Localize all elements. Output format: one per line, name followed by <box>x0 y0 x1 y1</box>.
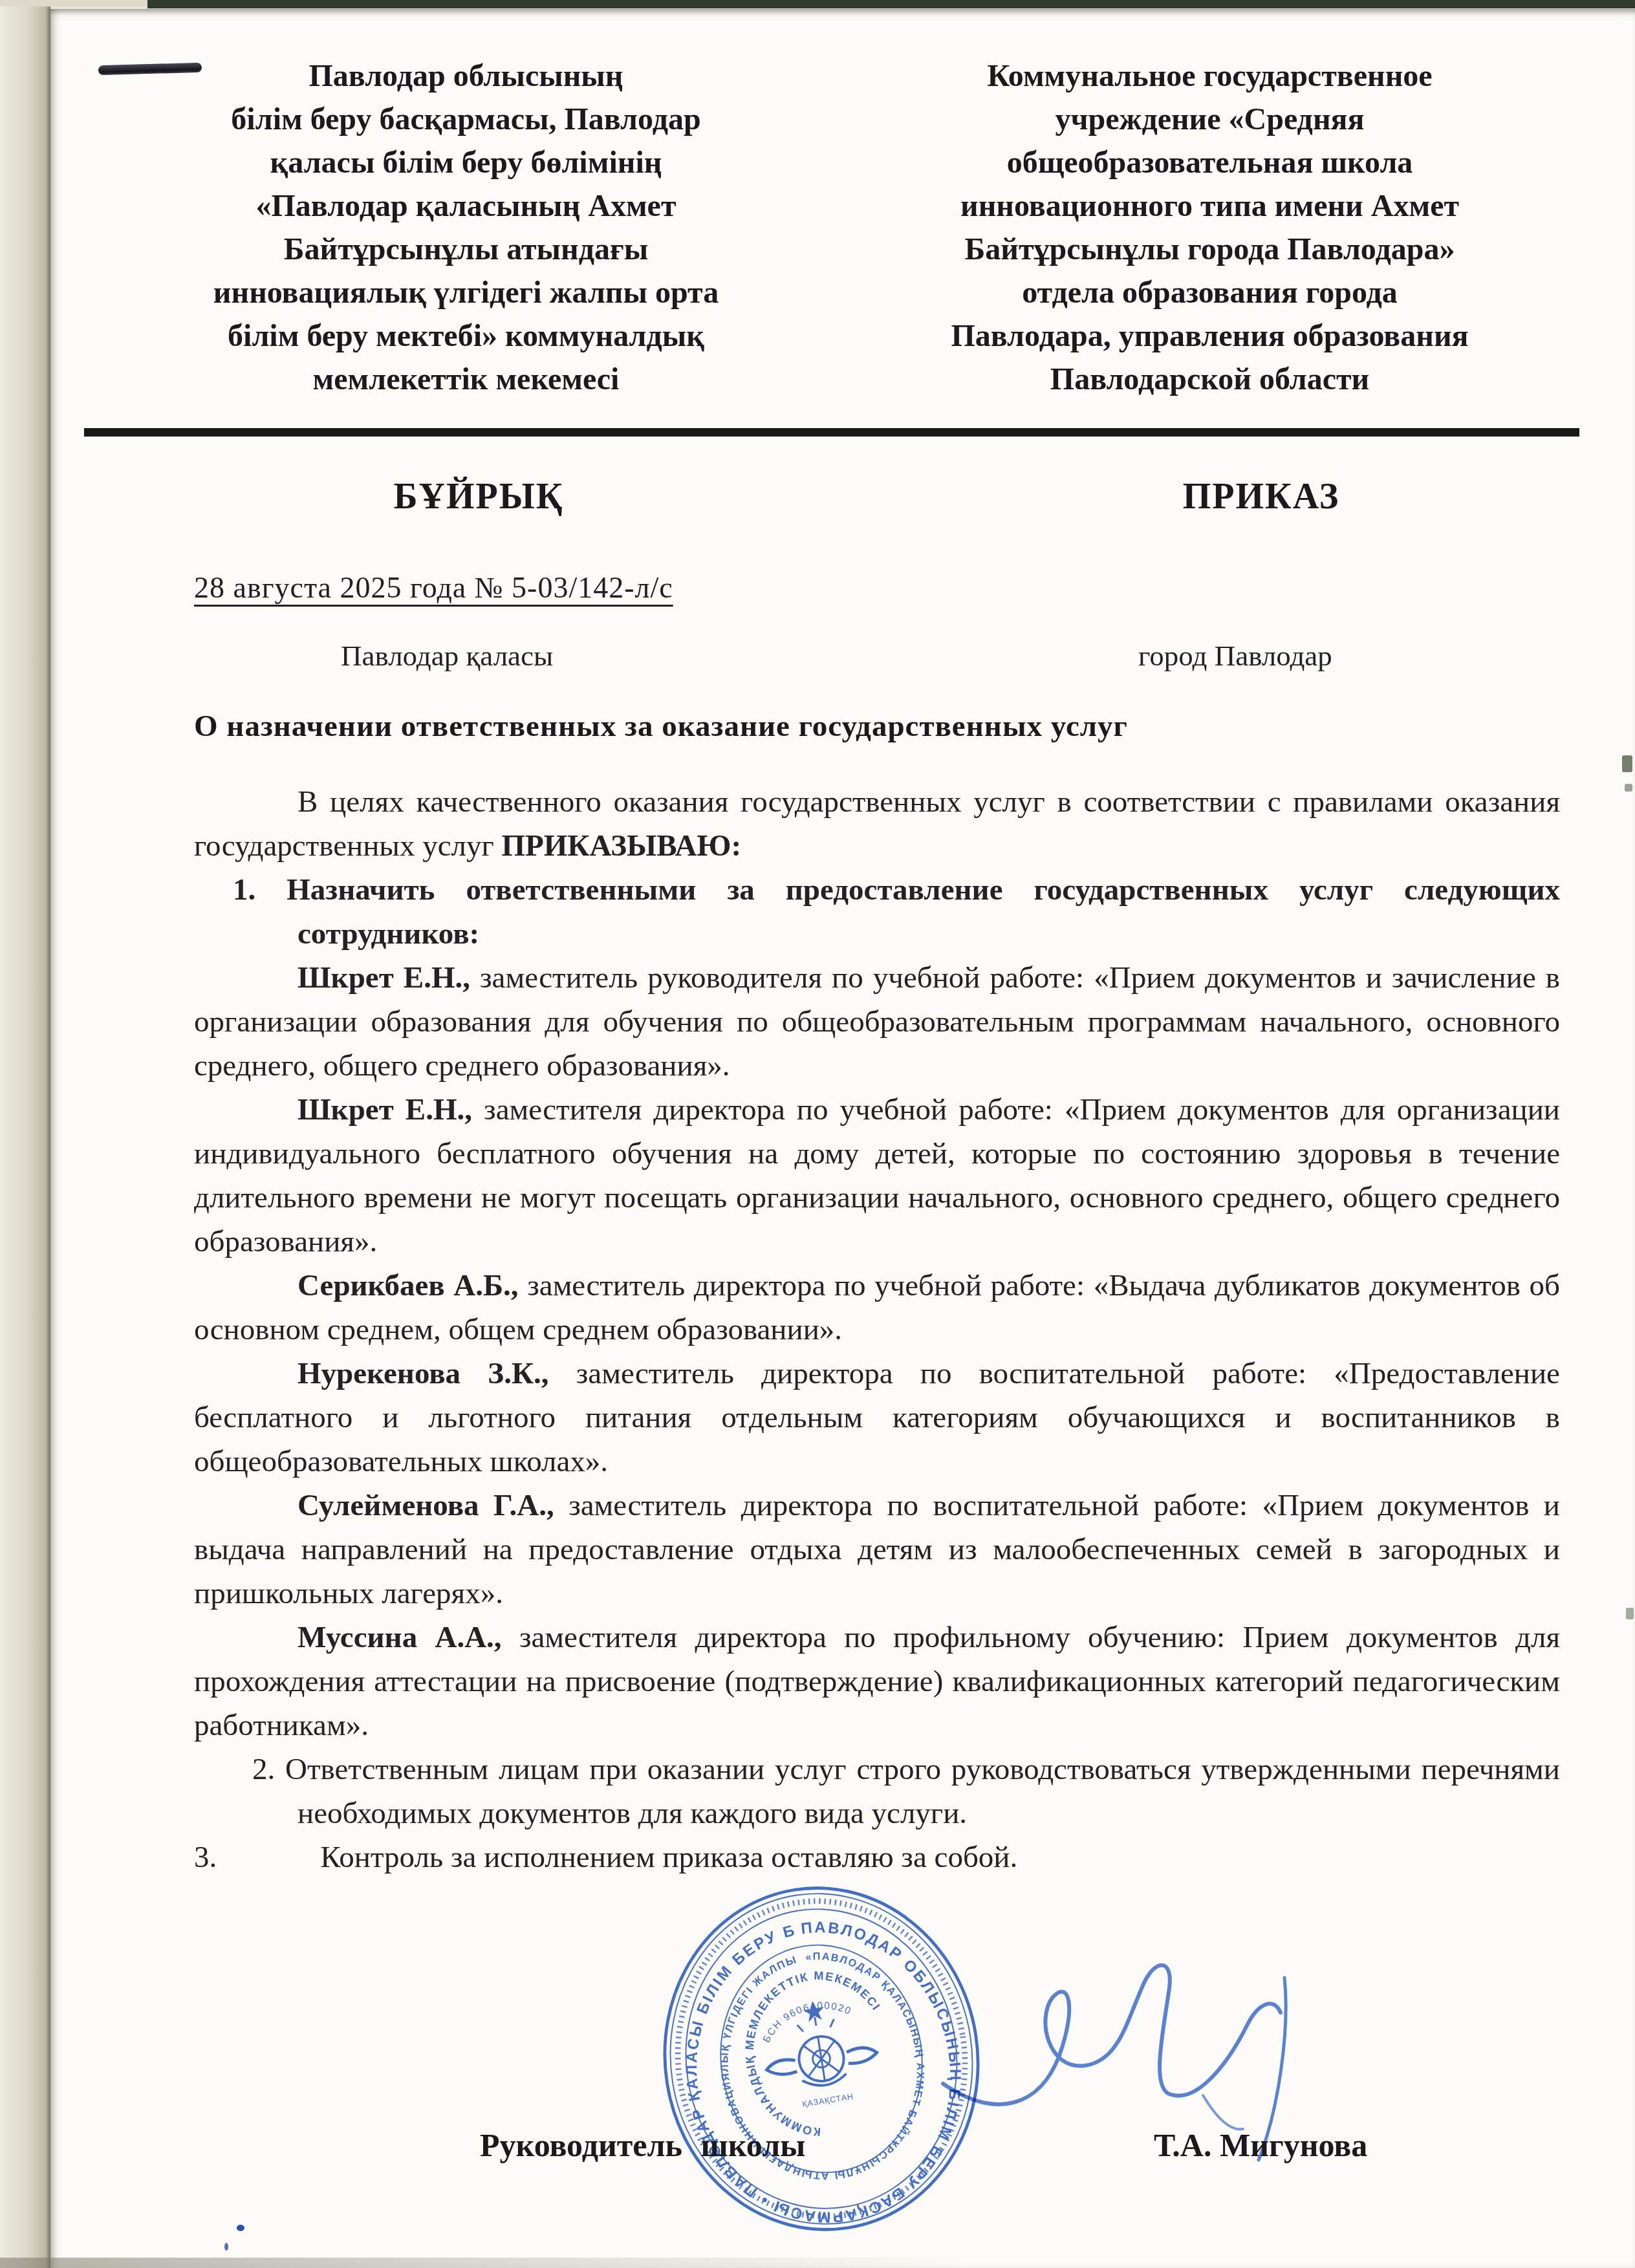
employee-name: Нурекенова З.К., <box>298 1357 549 1390</box>
letterhead-line: білім беру басқармасы, Павлодар <box>173 98 759 141</box>
employee-name: Муссина А.А., <box>298 1621 502 1654</box>
scanned-order-document: Павлодар облысының білім беру басқармасы… <box>0 0 1635 2268</box>
ink-speck <box>224 2243 228 2251</box>
employee-name: Шкрет Е.Н., <box>298 961 470 995</box>
letterhead-line: общеобразовательная школа <box>859 141 1561 184</box>
letterhead-line: қаласы білім беру бөлімінің <box>173 141 759 184</box>
scanner-edge-top <box>147 0 1635 8</box>
edge-smudge <box>1622 755 1632 772</box>
assignment-paragraph: Серикбаев А.Б., заместитель директора по… <box>194 1264 1560 1352</box>
employee-name: Серикбаев А.Б., <box>298 1269 519 1302</box>
letterhead-line: инновационного типа имени Ахмет <box>859 184 1561 228</box>
letterhead-line: Павлодара, управления образования <box>859 314 1561 358</box>
preamble: В целях качественного оказания государст… <box>194 780 1560 868</box>
assignment-paragraph: Шкрет Е.Н., заместитель руководителя по … <box>194 956 1560 1088</box>
signatory-position: Руководитель школы <box>480 2126 805 2164</box>
assignment-paragraph: Нурекенова З.К., заместитель директора п… <box>194 1352 1560 1484</box>
ink-speck <box>237 2225 244 2231</box>
letterhead-kazakh: Павлодар облысының білім беру басқармасы… <box>173 54 759 401</box>
order-word-kazakh: БҰЙРЫҚ <box>378 476 579 517</box>
preamble-text: В целях качественного оказания государст… <box>194 785 1560 863</box>
assignment-paragraph: Шкрет Е.Н., заместителя директора по уче… <box>194 1088 1560 1264</box>
letterhead-russian: Коммунальное государственное учреждение … <box>859 54 1561 401</box>
item-number: 1. <box>233 873 255 907</box>
item-number: 2. <box>252 1753 275 1786</box>
letterhead-line: учреждение «Средняя <box>859 98 1561 141</box>
item-text: Ответственным лицам при оказании услуг с… <box>275 1753 1560 1830</box>
letterhead-line: мемлекеттік мекемесі <box>173 358 759 401</box>
scanner-edge-left <box>0 0 50 2268</box>
preamble-emphasis: ПРИКАЗЫВАЮ: <box>502 829 742 863</box>
letterhead-line: инновациялық үлгідегі жалпы орта <box>173 271 759 314</box>
item-number: 3. <box>194 1841 217 1874</box>
scanner-edge-top-left <box>0 0 147 6</box>
letterhead-line: білім беру мектебі» коммуналдық <box>173 314 759 358</box>
order-item-2: 2. Ответственным лицам при оказании услу… <box>194 1747 1560 1835</box>
item-text: Контроль за исполнением приказа оставляю… <box>320 1841 1017 1874</box>
assignment-paragraph: Муссина А.А., заместителя директора по п… <box>194 1615 1560 1747</box>
letterhead-line: Павлодарской области <box>859 358 1561 401</box>
letterhead-line: Байтұрсынұлы города Павлодара» <box>859 228 1561 271</box>
signatory-name: Т.А. Мигунова <box>1154 2126 1367 2164</box>
item-text: Назначить ответственными за предоставлен… <box>255 873 1560 951</box>
place-kazakh: Павлодар қаласы <box>341 639 553 673</box>
employee-name: Сулейменова Г.А., <box>298 1489 554 1522</box>
order-date-number: 28 августа 2025 года № 5-03/142-л/с <box>194 570 673 605</box>
stamp-emblem-caption: ҚАЗАҚСТАН <box>802 2092 854 2109</box>
employee-name: Шкрет Е.Н., <box>298 1093 472 1127</box>
letterhead-line: «Павлодар қаласының Ахмет <box>173 184 759 228</box>
letterhead-line: Коммунальное государственное <box>859 54 1561 98</box>
place-russian: город Павлодар <box>1138 639 1332 673</box>
order-subject: О назначении ответственных за оказание г… <box>194 709 1488 744</box>
order-item-1: 1. Назначить ответственными за предостав… <box>194 868 1560 956</box>
header-divider-rule <box>84 428 1579 437</box>
edge-smudge <box>1625 784 1632 792</box>
letterhead-line: Павлодар облысының <box>173 54 759 98</box>
assignment-paragraph: Сулейменова Г.А., заместитель директора … <box>194 1484 1560 1615</box>
edge-smudge <box>1626 1608 1634 1619</box>
scanner-edge-bottom <box>0 2258 970 2268</box>
letterhead-line: Байтұрсынұлы атындағы <box>173 228 759 271</box>
order-word-russian: ПРИКАЗ <box>1161 476 1361 517</box>
order-body: В целях качественного оказания государст… <box>194 780 1560 1879</box>
letterhead-line: отдела образования города <box>859 271 1561 314</box>
